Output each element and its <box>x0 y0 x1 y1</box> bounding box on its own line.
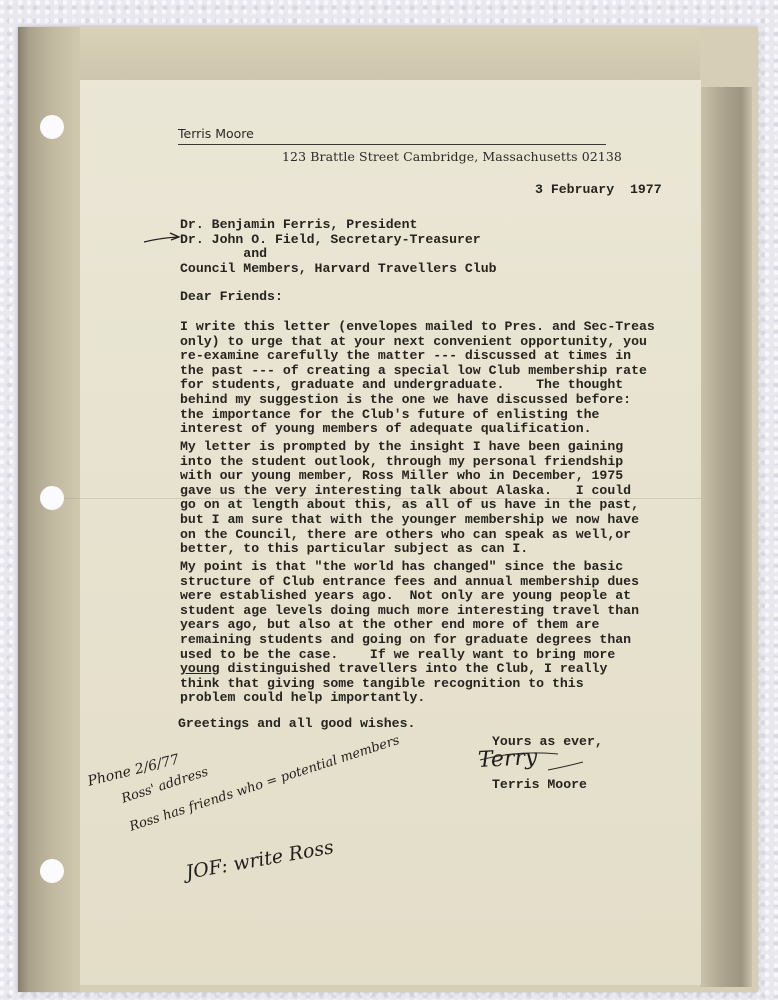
addressee-line: Council Members, Harvard Travellers Club <box>180 262 497 277</box>
paragraph-3: My point is that "the world has changed"… <box>180 560 639 706</box>
text-line: the past --- of creating a special low C… <box>180 364 655 379</box>
text-line: used to be the case. If we really want t… <box>180 648 639 663</box>
text-line: remaining students and going on for grad… <box>180 633 639 648</box>
binder-hole-middle <box>40 486 64 510</box>
closing-greeting: Greetings and all good wishes. <box>178 717 415 732</box>
text-line: the importance for the Club's future of … <box>180 408 655 423</box>
binder-hole-top <box>40 115 64 139</box>
text-line: student age levels doing much more inter… <box>180 604 639 619</box>
text-line: My point is that "the world has changed"… <box>180 560 639 575</box>
text-line: young distinguished travellers into the … <box>180 662 639 677</box>
addressee-line: and <box>180 247 497 262</box>
text-line: with our young member, Ross Miller who i… <box>180 469 639 484</box>
text-line: go on at length about this, as all of us… <box>180 498 639 513</box>
text-line: re-examine carefully the matter --- disc… <box>180 349 655 364</box>
text-line: problem could help importantly. <box>180 691 639 706</box>
addressee-line: Dr. John O. Field, Secretary-Treasurer <box>180 233 497 248</box>
binder-hole-bottom <box>40 859 64 883</box>
letter-date: 3 February 1977 <box>535 183 662 198</box>
text-line: were established years ago. Not only are… <box>180 589 639 604</box>
arrow-icon <box>142 232 182 246</box>
text-line: for students, graduate and undergraduate… <box>180 378 655 393</box>
text-line: only) to urge that at your next convenie… <box>180 335 655 350</box>
underlined-word: young <box>180 661 220 676</box>
text-line: into the student outlook, through my per… <box>180 455 639 470</box>
signer-name: Terris Moore <box>492 778 587 793</box>
salutation: Dear Friends: <box>180 290 283 305</box>
paper-top-band <box>80 27 700 80</box>
text-line: behind my suggestion is the one we have … <box>180 393 655 408</box>
text-line: think that giving some tangible recognit… <box>180 677 639 692</box>
signature-flourish-icon <box>478 748 588 778</box>
paragraph-2: My letter is prompted by the insight I h… <box>180 440 639 557</box>
text-line: better, to this particular subject as ca… <box>180 542 639 557</box>
letterhead-rule <box>178 144 606 145</box>
text-line: structure of Club entrance fees and annu… <box>180 575 639 590</box>
text-line: but I am sure that with the younger memb… <box>180 513 639 528</box>
addressee-line: Dr. Benjamin Ferris, President <box>180 218 497 233</box>
text-fragment: distinguished travellers into the Club, … <box>220 661 608 676</box>
text-line: on the Council, there are others who can… <box>180 528 639 543</box>
letterhead-name: Terris Moore <box>178 126 254 141</box>
addressee-block: Dr. Benjamin Ferris, PresidentDr. John O… <box>180 218 497 276</box>
text-line: gave us the very interesting talk about … <box>180 484 639 499</box>
text-line: interest of young members of adequate qu… <box>180 422 655 437</box>
letterhead-address: 123 Brattle Street Cambridge, Massachuse… <box>282 149 622 164</box>
text-line: My letter is prompted by the insight I h… <box>180 440 639 455</box>
text-line: years ago, but also at the other end mor… <box>180 618 639 633</box>
text-line: I write this letter (envelopes mailed to… <box>180 320 655 335</box>
paragraph-1: I write this letter (envelopes mailed to… <box>180 320 655 437</box>
